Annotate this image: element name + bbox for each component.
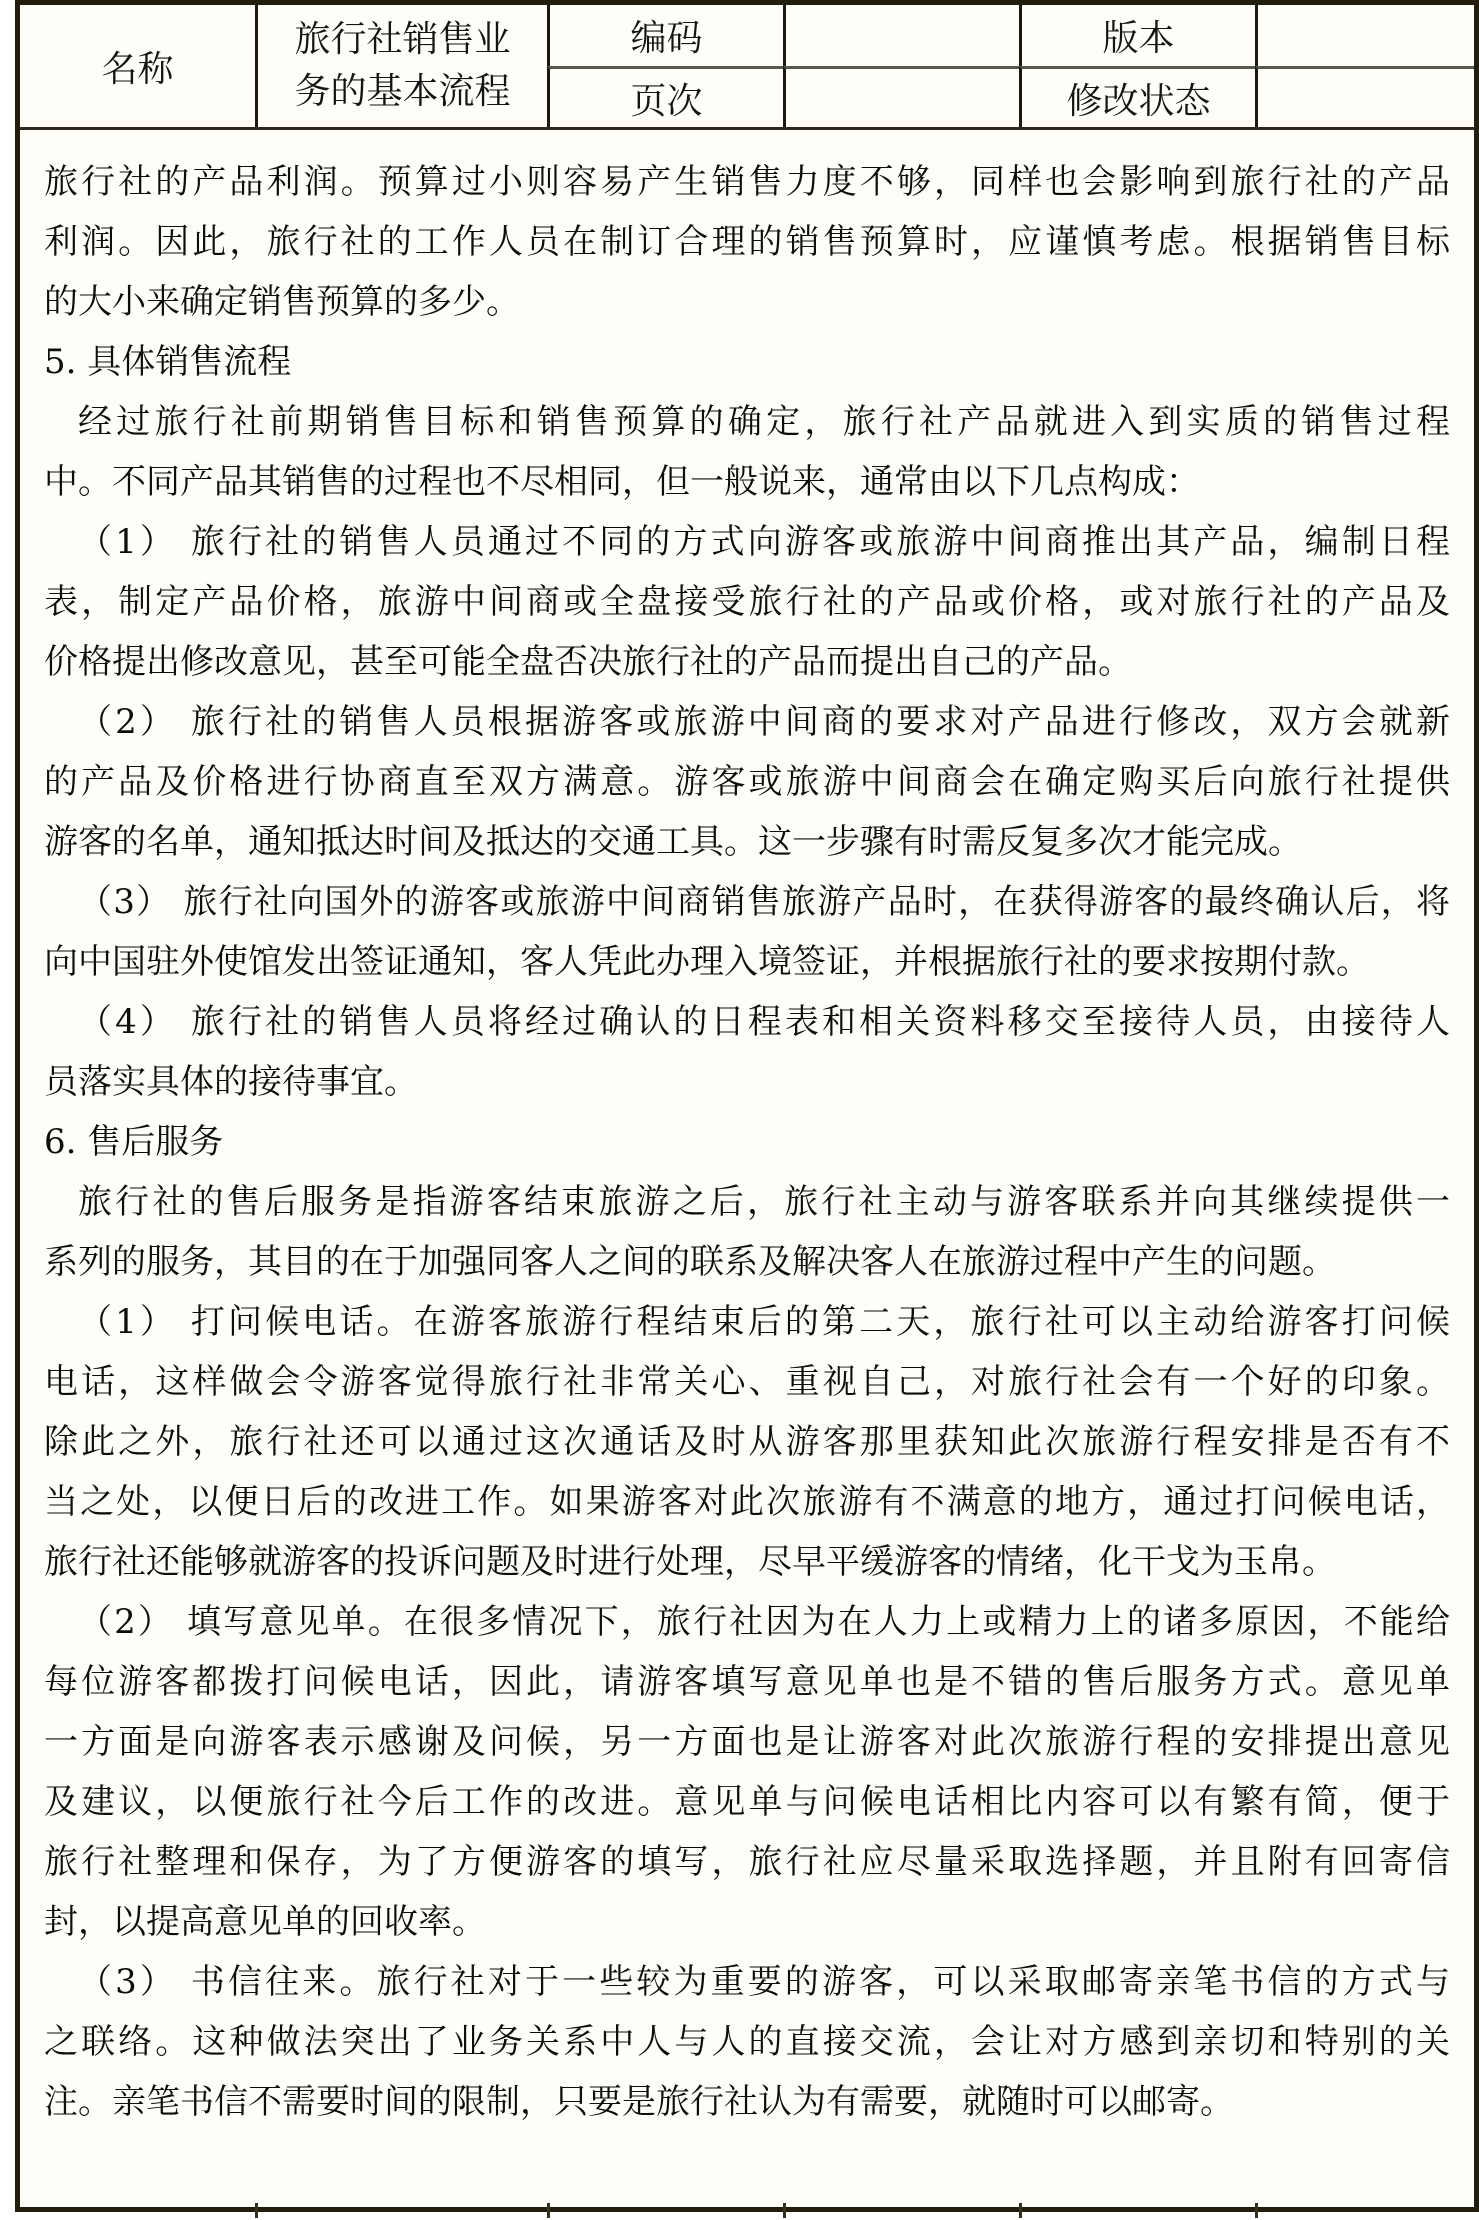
body-text-line: （2） 旅行社的销售人员根据游客或旅游中间商的要求对产品进行修改，双方会就新 xyxy=(44,692,1450,752)
body-text-line: 注。亲笔书信不需要时间的限制，只要是旅行社认为有需要，就随时可以邮寄。 xyxy=(44,2072,1450,2132)
body-text-line: 旅行社整理和保存，为了方便游客的填写，旅行社应尽量采取选择题，并且附有回寄信 xyxy=(44,1832,1450,1892)
body-text-line: 电话，这样做会令游客觉得旅行社非常关心、重视自己，对旅行社会有一个好的印象。 xyxy=(44,1352,1450,1412)
body-text-line: 旅行社还能够就游客的投诉问题及时进行处理，尽早平缓游客的情绪，化干戈为玉帛。 xyxy=(44,1532,1450,1592)
revision-label-cell: 修改状态 xyxy=(1019,66,1255,127)
body-text-line: （3） 旅行社向国外的游客或旅游中间商销售旅游产品时，在获得游客的最终确认后，将 xyxy=(44,872,1450,932)
body-text-line: 经过旅行社前期销售目标和销售预算的确定，旅行社产品就进入到实质的销售过程 xyxy=(44,392,1450,452)
code-label: 编码 xyxy=(630,10,702,61)
name-label-cell: 名称 xyxy=(20,5,255,127)
body-text-line: 封，以提高意见单的回收率。 xyxy=(44,1892,1450,1952)
body-text-line: 系列的服务，其目的在于加强同客人之间的联系及解决客人在旅游过程中产生的问题。 xyxy=(44,1232,1450,1292)
section-heading: 6. 售后服务 xyxy=(44,1112,1450,1172)
page-value-cell xyxy=(783,66,1019,127)
body-text-line: 当之处，以便日后的改进工作。如果游客对此次旅游有不满意的地方，通过打问候电话， xyxy=(44,1472,1450,1532)
name-label: 名称 xyxy=(101,41,173,92)
page-label-cell: 页次 xyxy=(547,66,783,127)
code-label-cell: 编码 xyxy=(547,5,783,66)
bottom-grid-tick xyxy=(547,2203,550,2218)
body-text-line: 游客的名单，通知抵达时间及抵达的交通工具。这一步骤有时需反复多次才能完成。 xyxy=(44,812,1450,872)
document-header-table: 名称 旅行社销售业 务的基本流程 编码 版本 页次 修改状态 xyxy=(20,5,1474,130)
document-title-line-2: 务的基本流程 xyxy=(294,66,510,118)
bottom-grid-tick xyxy=(1255,2203,1258,2218)
document-title-cell: 旅行社销售业 务的基本流程 xyxy=(255,5,547,127)
body-text-line: 除此之外，旅行社还可以通过这次通话及时从游客那里获知此次旅游行程安排是否有不 xyxy=(44,1412,1450,1472)
body-text-line: （1） 旅行社的销售人员通过不同的方式向游客或旅游中间商推出其产品，编制日程 xyxy=(44,512,1450,572)
document-page-table: 名称 旅行社销售业 务的基本流程 编码 版本 页次 修改状态 xyxy=(15,0,1479,2212)
body-text-line: 的产品及价格进行协商直至双方满意。游客或旅游中间商会在确定购买后向旅行社提供 xyxy=(44,752,1450,812)
code-value-cell xyxy=(783,5,1019,66)
body-text-line: （3） 书信往来。旅行社对于一些较为重要的游客，可以采取邮寄亲笔书信的方式与 xyxy=(44,1952,1450,2012)
revision-label: 修改状态 xyxy=(1066,73,1210,124)
bottom-grid-tick xyxy=(783,2203,786,2218)
body-text-line: 中。不同产品其销售的过程也不尽相同，但一般说来，通常由以下几点构成： xyxy=(44,452,1450,512)
body-text-line: 一方面是向游客表示感谢及问候，另一方面也是让游客对此次旅游行程的安排提出意见 xyxy=(44,1712,1450,1772)
document-title: 旅行社销售业 务的基本流程 xyxy=(294,14,510,118)
body-text-line: 的大小来确定销售预算的多少。 xyxy=(44,272,1450,332)
body-text-line: 向中国驻外使馆发出签证通知，客人凭此办理入境签证，并根据旅行社的要求按期付款。 xyxy=(44,932,1450,992)
body-text-line: 及建议，以便旅行社今后工作的改进。意见单与问候电话相比内容可以有繁有简，便于 xyxy=(44,1772,1450,1832)
body-text-line: （1） 打问候电话。在游客旅游行程结束后的第二天，旅行社可以主动给游客打问候 xyxy=(44,1292,1450,1352)
body-text-line: 员落实具体的接待事宜。 xyxy=(44,1052,1450,1112)
body-text-line: 价格提出修改意见，甚至可能全盘否决旅行社的产品而提出自己的产品。 xyxy=(44,632,1450,692)
version-label: 版本 xyxy=(1102,10,1174,61)
body-text-line: （2） 填写意见单。在很多情况下，旅行社因为在人力上或精力上的诸多原因，不能给 xyxy=(44,1592,1450,1652)
revision-value-cell xyxy=(1255,66,1474,127)
body-text-line: 每位游客都拨打问候电话，因此，请游客填写意见单也是不错的售后服务方式。意见单 xyxy=(44,1652,1450,1712)
body-text-line: 之联络。这种做法突出了业务关系中人与人的直接交流，会让对方感到亲切和特别的关 xyxy=(44,2012,1450,2072)
body-text-line: （4） 旅行社的销售人员将经过确认的日程表和相关资料移交至接待人员，由接待人 xyxy=(44,992,1450,1052)
document-title-line-1: 旅行社销售业 xyxy=(294,14,510,66)
version-label-cell: 版本 xyxy=(1019,5,1255,66)
document-body: 旅行社的产品利润。预算过小则容易产生销售力度不够，同样也会影响到旅行社的产品利润… xyxy=(20,130,1474,2207)
section-heading: 5. 具体销售流程 xyxy=(44,332,1450,392)
bottom-grid-tick xyxy=(1019,2203,1022,2218)
body-text-line: 表，制定产品价格，旅游中间商或全盘接受旅行社的产品或价格，或对旅行社的产品及 xyxy=(44,572,1450,632)
bottom-grid-tick xyxy=(255,2203,258,2218)
version-value-cell xyxy=(1255,5,1474,66)
body-text-line: 利润。因此，旅行社的工作人员在制订合理的销售预算时，应谨慎考虑。根据销售目标 xyxy=(44,212,1450,272)
body-text-line: 旅行社的产品利润。预算过小则容易产生销售力度不够，同样也会影响到旅行社的产品 xyxy=(44,152,1450,212)
page-label: 页次 xyxy=(630,73,702,124)
body-text-line: 旅行社的售后服务是指游客结束旅游之后，旅行社主动与游客联系并向其继续提供一 xyxy=(44,1172,1450,1232)
